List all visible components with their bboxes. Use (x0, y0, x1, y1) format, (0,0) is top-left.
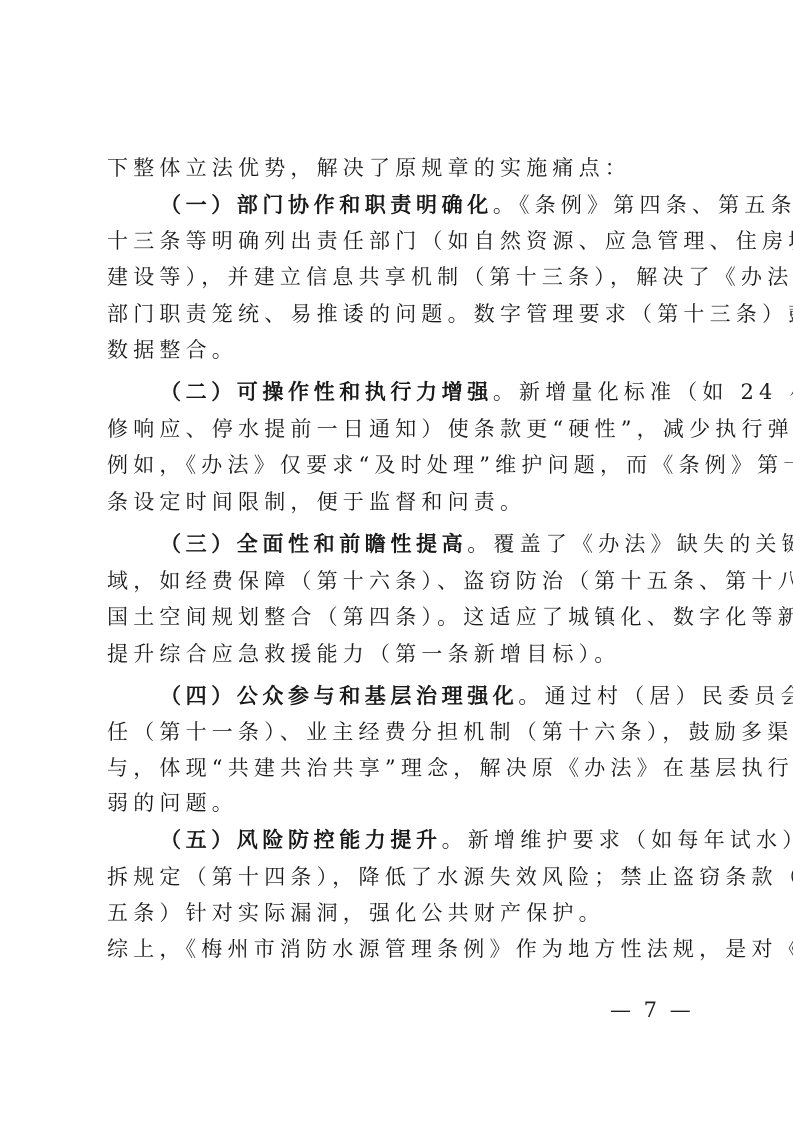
text-line: 提升综合应急救援能力（第一条新增目标）。 (107, 636, 621, 672)
text-line: 例如，《办法》仅要求“及时处理”维护问题，而《条例》第十二 (107, 447, 793, 483)
text-line: 十三条等明确列出责任部门（如自然资源、应急管理、住房城乡 (107, 223, 793, 259)
section-heading-1: （一）部门协作和职责明确化。《条例》第四条、第五条、第 (160, 187, 793, 223)
text-line: 域，如经费保障（第十六条）、盗窃防治（第十五条、第十八条）、 (107, 563, 793, 599)
text-line: 任（第十一条）、业主经费分担机制（第十六条），鼓励多渠道参 (107, 714, 793, 750)
text-line: 拆规定（第十四条），降低了水源失效风险；禁止盗窃条款（第十 (107, 859, 793, 895)
heading-text: （五）风险防控能力提升 (160, 828, 442, 852)
heading-text: （四）公众参与和基层治理强化 (160, 684, 518, 708)
page-number: — 7 — (610, 998, 694, 1022)
text-line: 综上，《梅州市消防水源管理条例》作为地方性法规，是对《梅州 (107, 931, 793, 967)
text-line: 建设等），并建立信息共享机制（第十三条），解决了《办法》中 (107, 259, 793, 295)
heading-text: （三）全面性和前瞻性提高 (160, 532, 467, 556)
text-line: 五条）针对实际漏洞，强化公共财产保护。 (107, 895, 605, 931)
text-line: 与，体现“共建共治共享”理念，解决原《办法》在基层执行薄 (107, 750, 793, 786)
section-heading-2: （二）可操作性和执行力增强。新增量化标准（如 24 小时维 (160, 374, 793, 410)
text-line: 国土空间规划整合（第四条）。这适应了城镇化、数字化等新趋势， (107, 599, 793, 635)
text-line: 条设定时间限制，便于监督和问责。 (107, 484, 526, 520)
section-heading-4: （四）公众参与和基层治理强化。通过村（居）民委员会责 (160, 678, 793, 714)
text-line: 数据整合。 (107, 332, 238, 368)
heading-text: （一）部门协作和职责明确化 (160, 193, 493, 217)
section-heading-5: （五）风险防控能力提升。新增维护要求（如每年试水）、迁 (160, 822, 793, 858)
text-line: 下整体立法优势，解决了原规章的实施痛点： (107, 150, 631, 186)
document-page: 下整体立法优势，解决了原规章的实施痛点： （一）部门协作和职责明确化。《条例》第… (0, 0, 793, 1122)
text-line: 修响应、停水提前一日通知）使条款更“硬性”，减少执行弹性。 (107, 411, 793, 447)
text-line: 弱的问题。 (107, 785, 238, 821)
text-line: 部门职责笼统、易推诿的问题。数字管理要求（第十三条）鼓励 (107, 296, 793, 332)
heading-text: （二）可操作性和执行力增强 (160, 380, 493, 404)
section-heading-3: （三）全面性和前瞻性提高。覆盖了《办法》缺失的关键领 (160, 526, 793, 562)
